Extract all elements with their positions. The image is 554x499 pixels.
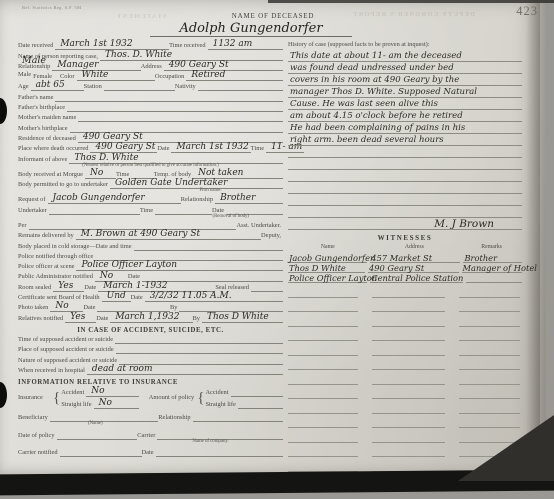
witness-blank-row: [288, 312, 522, 327]
witness-blank-row: [288, 356, 522, 371]
form-row: Mother's maiden name: [18, 112, 283, 122]
blank-underline: [372, 338, 445, 341]
field-label: Undertaker: [18, 207, 49, 215]
field-label: Age: [18, 83, 31, 91]
blank-underline: [193, 419, 283, 422]
insurance-values: AccidentNoStraight lifeNo: [61, 387, 139, 409]
section-header: IN CASE OF ACCIDENT, SUICIDE, ETC.: [18, 323, 283, 334]
field-label: Room sealed: [18, 284, 53, 292]
field-label: Male: [18, 71, 33, 79]
blank-underline: [134, 248, 283, 251]
blank-underline: [288, 324, 358, 327]
witness-blank-row: [288, 283, 522, 298]
witness-remarks-header: Remarks: [461, 245, 522, 253]
blank-underline: [459, 295, 520, 298]
field-label: Time received: [169, 42, 208, 50]
deceased-name-field: Adolph Gungendorfer: [150, 19, 350, 37]
form-row: Straight life: [205, 398, 283, 409]
handwritten-value: White: [77, 71, 155, 81]
witness-address: 490 Geary St: [368, 264, 459, 273]
handwritten-value: March 1st 1932: [171, 143, 250, 153]
form-row: Accident: [205, 387, 283, 398]
handwritten-value: March 1,1932: [110, 313, 192, 323]
field-label: Informant of above: [18, 156, 69, 164]
blank-underline: [372, 295, 445, 298]
handwritten-value: 1132 am: [208, 40, 283, 50]
form-row: Request ofJacob GungendorferRelationship…: [18, 194, 283, 204]
field-label: Body received at Morgue: [18, 171, 85, 179]
blank-underline: [288, 425, 358, 428]
section-header: INFORMATION RELATIVE TO INSURANCE: [18, 375, 283, 386]
field-label: Public Administrator notified: [18, 273, 95, 281]
blank-underline: [459, 338, 520, 341]
witness-blank-row: [288, 370, 522, 385]
witness-name: Police Officer Layton: [288, 274, 367, 283]
field-label: Deputy,: [261, 232, 283, 240]
blank-underline: [459, 396, 520, 399]
field-label: Address: [141, 63, 164, 71]
witness-row: Jacob Gungendorfer457 Market StBrother: [288, 253, 522, 263]
handwritten-value: Yes: [53, 282, 84, 292]
field-label: Beneficiary: [18, 414, 50, 422]
field-label: By: [193, 315, 202, 323]
field-label: When received in hospital: [18, 367, 87, 375]
blank-underline: [60, 454, 142, 457]
blank-underline: [104, 88, 175, 91]
witness-remarks: [466, 282, 522, 283]
field-label: Accident: [205, 389, 230, 397]
blank-underline: [288, 396, 358, 399]
blank-underline: [372, 353, 445, 356]
witness-row: Thos D White490 Geary StManager of Hotel: [288, 263, 522, 273]
blank-underline: [57, 437, 138, 440]
witness-blank-row: [288, 443, 522, 458]
form-row: Father's name: [18, 91, 283, 101]
form-row: BeneficiaryRelationship: [18, 410, 283, 423]
blank-underline: [67, 109, 283, 112]
insurance-block: Insurance{AccidentNoStraight lifeNoAmoun…: [18, 386, 283, 410]
blank-underline: [372, 411, 445, 414]
field-label: Time: [140, 207, 155, 215]
history-line: Cause. He was last seen alive this: [288, 98, 522, 110]
form-row: Ageabt 65StationNativity: [18, 81, 283, 91]
form-row: Photo takenNoDateBy: [18, 302, 283, 312]
blank-underline: [372, 309, 445, 312]
handwritten-value: Und: [102, 292, 131, 302]
blank-line: [288, 146, 522, 158]
form-row: When received in hospitaldead at room: [18, 365, 283, 375]
document-scan: Ref. Statistics Reg. S.F. 5M 423 STATEME…: [0, 0, 554, 499]
form-row: Place where death occurred490 Geary StDa…: [18, 143, 283, 153]
history-lines: This date at about 11- am the deceasedwa…: [288, 50, 522, 218]
handwritten-value: Jacob Gungendorfer: [48, 194, 181, 204]
field-label: Mother's maiden name: [18, 114, 78, 122]
blank-underline: [372, 324, 445, 327]
field-label: Date: [142, 449, 156, 457]
witness-address: 457 Market St: [370, 254, 460, 263]
blank-line: [288, 158, 522, 170]
field-label: Carrier: [137, 432, 157, 440]
overwritten-field: MaleMale: [18, 63, 33, 81]
brace-glyph: {: [52, 388, 61, 408]
blank-underline: [288, 411, 358, 414]
field-label: Nativity: [175, 83, 198, 91]
handwritten-value: 3/2/32 11.05 A.M.: [145, 292, 283, 302]
field-label: Body permitted to go to undertaker: [18, 181, 110, 189]
history-line: covers in his room at 490 Geary by the: [288, 74, 522, 86]
handwritten-value: dead at room: [87, 365, 283, 375]
witness-blank-row: [288, 341, 522, 356]
handwritten-value: M. Brown at 490 Geary St: [76, 230, 261, 240]
blank-line: [288, 170, 522, 182]
form-row: Public Administrator notifiedNoDate: [18, 271, 283, 281]
form-row: Place of supposed accident or suicide: [18, 344, 283, 354]
policy-amount-values: AccidentStraight life: [205, 387, 283, 409]
field-label: Asst. Undertaker.: [236, 222, 283, 230]
blank-underline: [288, 440, 358, 443]
blank-underline: [50, 419, 158, 422]
blank-underline: [372, 382, 445, 385]
handwritten-value: No: [94, 399, 139, 409]
form-row: Date of policyCarrier: [18, 427, 283, 440]
form-row: Time of supposed accident or suicide: [18, 334, 283, 344]
form-row: Relatives notifiedYesDateMarch 1,1932ByT…: [18, 312, 283, 322]
field-label: Date: [157, 145, 171, 153]
handwritten-value: Brother: [215, 194, 283, 204]
blank-underline: [288, 367, 358, 370]
form-row: Body permitted to go to undertakerGolden…: [18, 179, 283, 189]
blank-underline: [155, 212, 212, 215]
witness-name: Jacob Gungendorfer: [288, 254, 367, 263]
witness-blank-row: [288, 399, 522, 414]
scan-edge-shadow: [268, 0, 554, 3]
field-label: Per: [18, 222, 29, 230]
field-label: Carrier notified: [18, 449, 60, 457]
field-label: Mother's birthplace: [18, 125, 70, 133]
blank-underline: [372, 440, 445, 443]
blank-underline: [238, 406, 283, 409]
form-row: Father's birthplace: [18, 102, 283, 112]
handwritten-value: No: [50, 302, 83, 312]
blank-underline: [459, 425, 520, 428]
field-label: Father's birthplace: [18, 104, 67, 112]
form-row: Carrier notifiedDate: [18, 445, 283, 458]
form-row: Straight lifeNo: [61, 398, 139, 409]
witnesses-header-row: Name Address Remarks: [288, 245, 522, 253]
witness-blank-row: [288, 385, 522, 400]
field-label: Police officer at scene: [18, 263, 76, 271]
handwritten-value: No: [85, 169, 116, 179]
history-line: am about 4.15 o'clock before he retired: [288, 110, 522, 122]
form-row: AccidentNo: [61, 387, 139, 398]
witnesses-rows: Jacob Gungendorfer457 Market StBrotherTh…: [288, 253, 522, 472]
blank-underline: [372, 367, 445, 370]
witness-remarks: Brother: [463, 254, 522, 263]
blank-underline: [55, 99, 283, 102]
blank-underline: [288, 338, 358, 341]
field-label: Date of policy: [18, 432, 57, 440]
field-label: Date: [83, 304, 97, 312]
field-label: Relationship: [181, 196, 215, 204]
field-label: Occupation: [155, 73, 186, 81]
blank-underline: [231, 394, 284, 397]
handwritten-value: Retired: [186, 71, 283, 81]
handwritten-value: No: [86, 387, 139, 397]
field-label: Date: [84, 284, 98, 292]
field-label: Date: [96, 315, 110, 323]
handwritten-value: Golden Gate Undertaker: [110, 179, 283, 189]
form-row: Body placed in cold storage—Date and tim…: [18, 240, 283, 250]
history-line: manager Thos D. White. Supposed Natural: [288, 86, 522, 98]
blank-line: [288, 194, 522, 206]
handwritten-value: Thos D White: [202, 313, 283, 323]
left-column: Date receivedMarch 1st 1932Time received…: [18, 40, 283, 457]
blank-underline: [459, 324, 520, 327]
deceased-name: Adolph Gungendorfer: [150, 22, 352, 37]
blank-line: [288, 182, 522, 194]
witness-blank-row: [288, 428, 522, 443]
handwritten-value: 490 Geary St: [90, 143, 157, 153]
field-label: Photo taken: [18, 304, 50, 312]
field-label: Relatives notified: [18, 315, 65, 323]
form-row: Date receivedMarch 1st 1932Time received…: [18, 40, 283, 50]
blank-underline: [198, 88, 283, 91]
field-label: Station: [84, 83, 104, 91]
field-label: Relationship: [158, 414, 192, 422]
blank-underline: [459, 411, 520, 414]
field-label: Remains delivered by: [18, 232, 76, 240]
witness-remarks: Manager of Hotel: [462, 264, 523, 273]
blank-underline: [288, 309, 358, 312]
blank-underline: [459, 309, 520, 312]
field-label: Body placed in cold storage—Date and tim…: [18, 243, 134, 251]
field-label: Amount of policy: [149, 394, 196, 402]
right-column: History of case (supposed facts to be pr…: [288, 42, 522, 472]
field-label: Date received: [18, 42, 55, 50]
blank-underline: [459, 440, 520, 443]
coroner-signature-line: M. J Brown: [288, 218, 522, 230]
form-row: RelationshipManagerAddress490 Geary St: [18, 61, 283, 71]
blank-underline: [372, 425, 445, 428]
witness-blank-row: [288, 414, 522, 429]
blank-underline: [459, 353, 520, 356]
brace-glyph: {: [196, 388, 205, 408]
field-label: Insurance: [18, 394, 52, 402]
field-label: Place of supposed accident or suicide: [18, 346, 116, 354]
handwritten-value: Yes: [65, 313, 96, 323]
blank-line: [288, 206, 522, 218]
witness-address: Central Police Station: [370, 274, 463, 283]
blank-underline: [288, 382, 358, 385]
field-label: Date: [131, 294, 145, 302]
handwritten-value: abt 65: [31, 81, 84, 91]
form-reference: Ref. Statistics Reg. S.F. 5M: [22, 5, 81, 10]
blank-underline: [372, 454, 445, 457]
blank-underline: [49, 212, 140, 215]
witness-name: Thos D White: [288, 264, 365, 273]
blank-underline: [459, 367, 520, 370]
blank-underline: [115, 341, 283, 344]
history-label: History of case (supposed facts to be pr…: [288, 42, 522, 50]
form-row: Police officer at scenePolice Officer La…: [18, 261, 283, 271]
witness-address-header: Address: [368, 245, 462, 253]
form-row: Remains delivered byM. Brown at 490 Gear…: [18, 230, 283, 240]
blank-underline: [116, 351, 283, 354]
field-label: Time: [251, 145, 266, 153]
witness-blank-row: [288, 298, 522, 313]
history-line: This date at about 11- am the deceased: [288, 50, 522, 62]
form-row: Mother's birthplace: [18, 122, 283, 132]
field-label: Request of: [18, 196, 48, 204]
handwritten-value: March 1st 1932: [55, 40, 169, 50]
blank-underline: [288, 353, 358, 356]
history-line: right arm. been dead several hours: [288, 134, 522, 146]
field-label: Father's name: [18, 94, 55, 102]
witness-name-header: Name: [288, 245, 368, 253]
blank-underline: [156, 454, 283, 457]
blank-underline: [288, 295, 358, 298]
handwritten-value: Male: [17, 56, 48, 66]
field-label: Residence of deceased: [18, 135, 78, 143]
field-label: Accident: [61, 389, 86, 397]
history-line: was found dead undressed under bed: [288, 62, 522, 74]
page-crease: [526, 0, 540, 470]
handwritten-value: Police Officer Layton: [76, 261, 283, 271]
history-line: He had been complaining of pains in his: [288, 122, 522, 134]
blank-underline: [288, 454, 358, 457]
field-label: Time of supposed accident or suicide: [18, 336, 115, 344]
witness-blank-row: [288, 327, 522, 342]
field-label: Straight life: [61, 401, 93, 409]
blank-underline: [372, 396, 445, 399]
blank-underline: [459, 382, 520, 385]
witness-row: Police Officer LaytonCentral Police Stat…: [288, 273, 522, 283]
field-label: Straight life: [205, 401, 237, 409]
coroner-signature: M. J Brown: [434, 219, 494, 230]
blank-underline: [78, 119, 283, 122]
